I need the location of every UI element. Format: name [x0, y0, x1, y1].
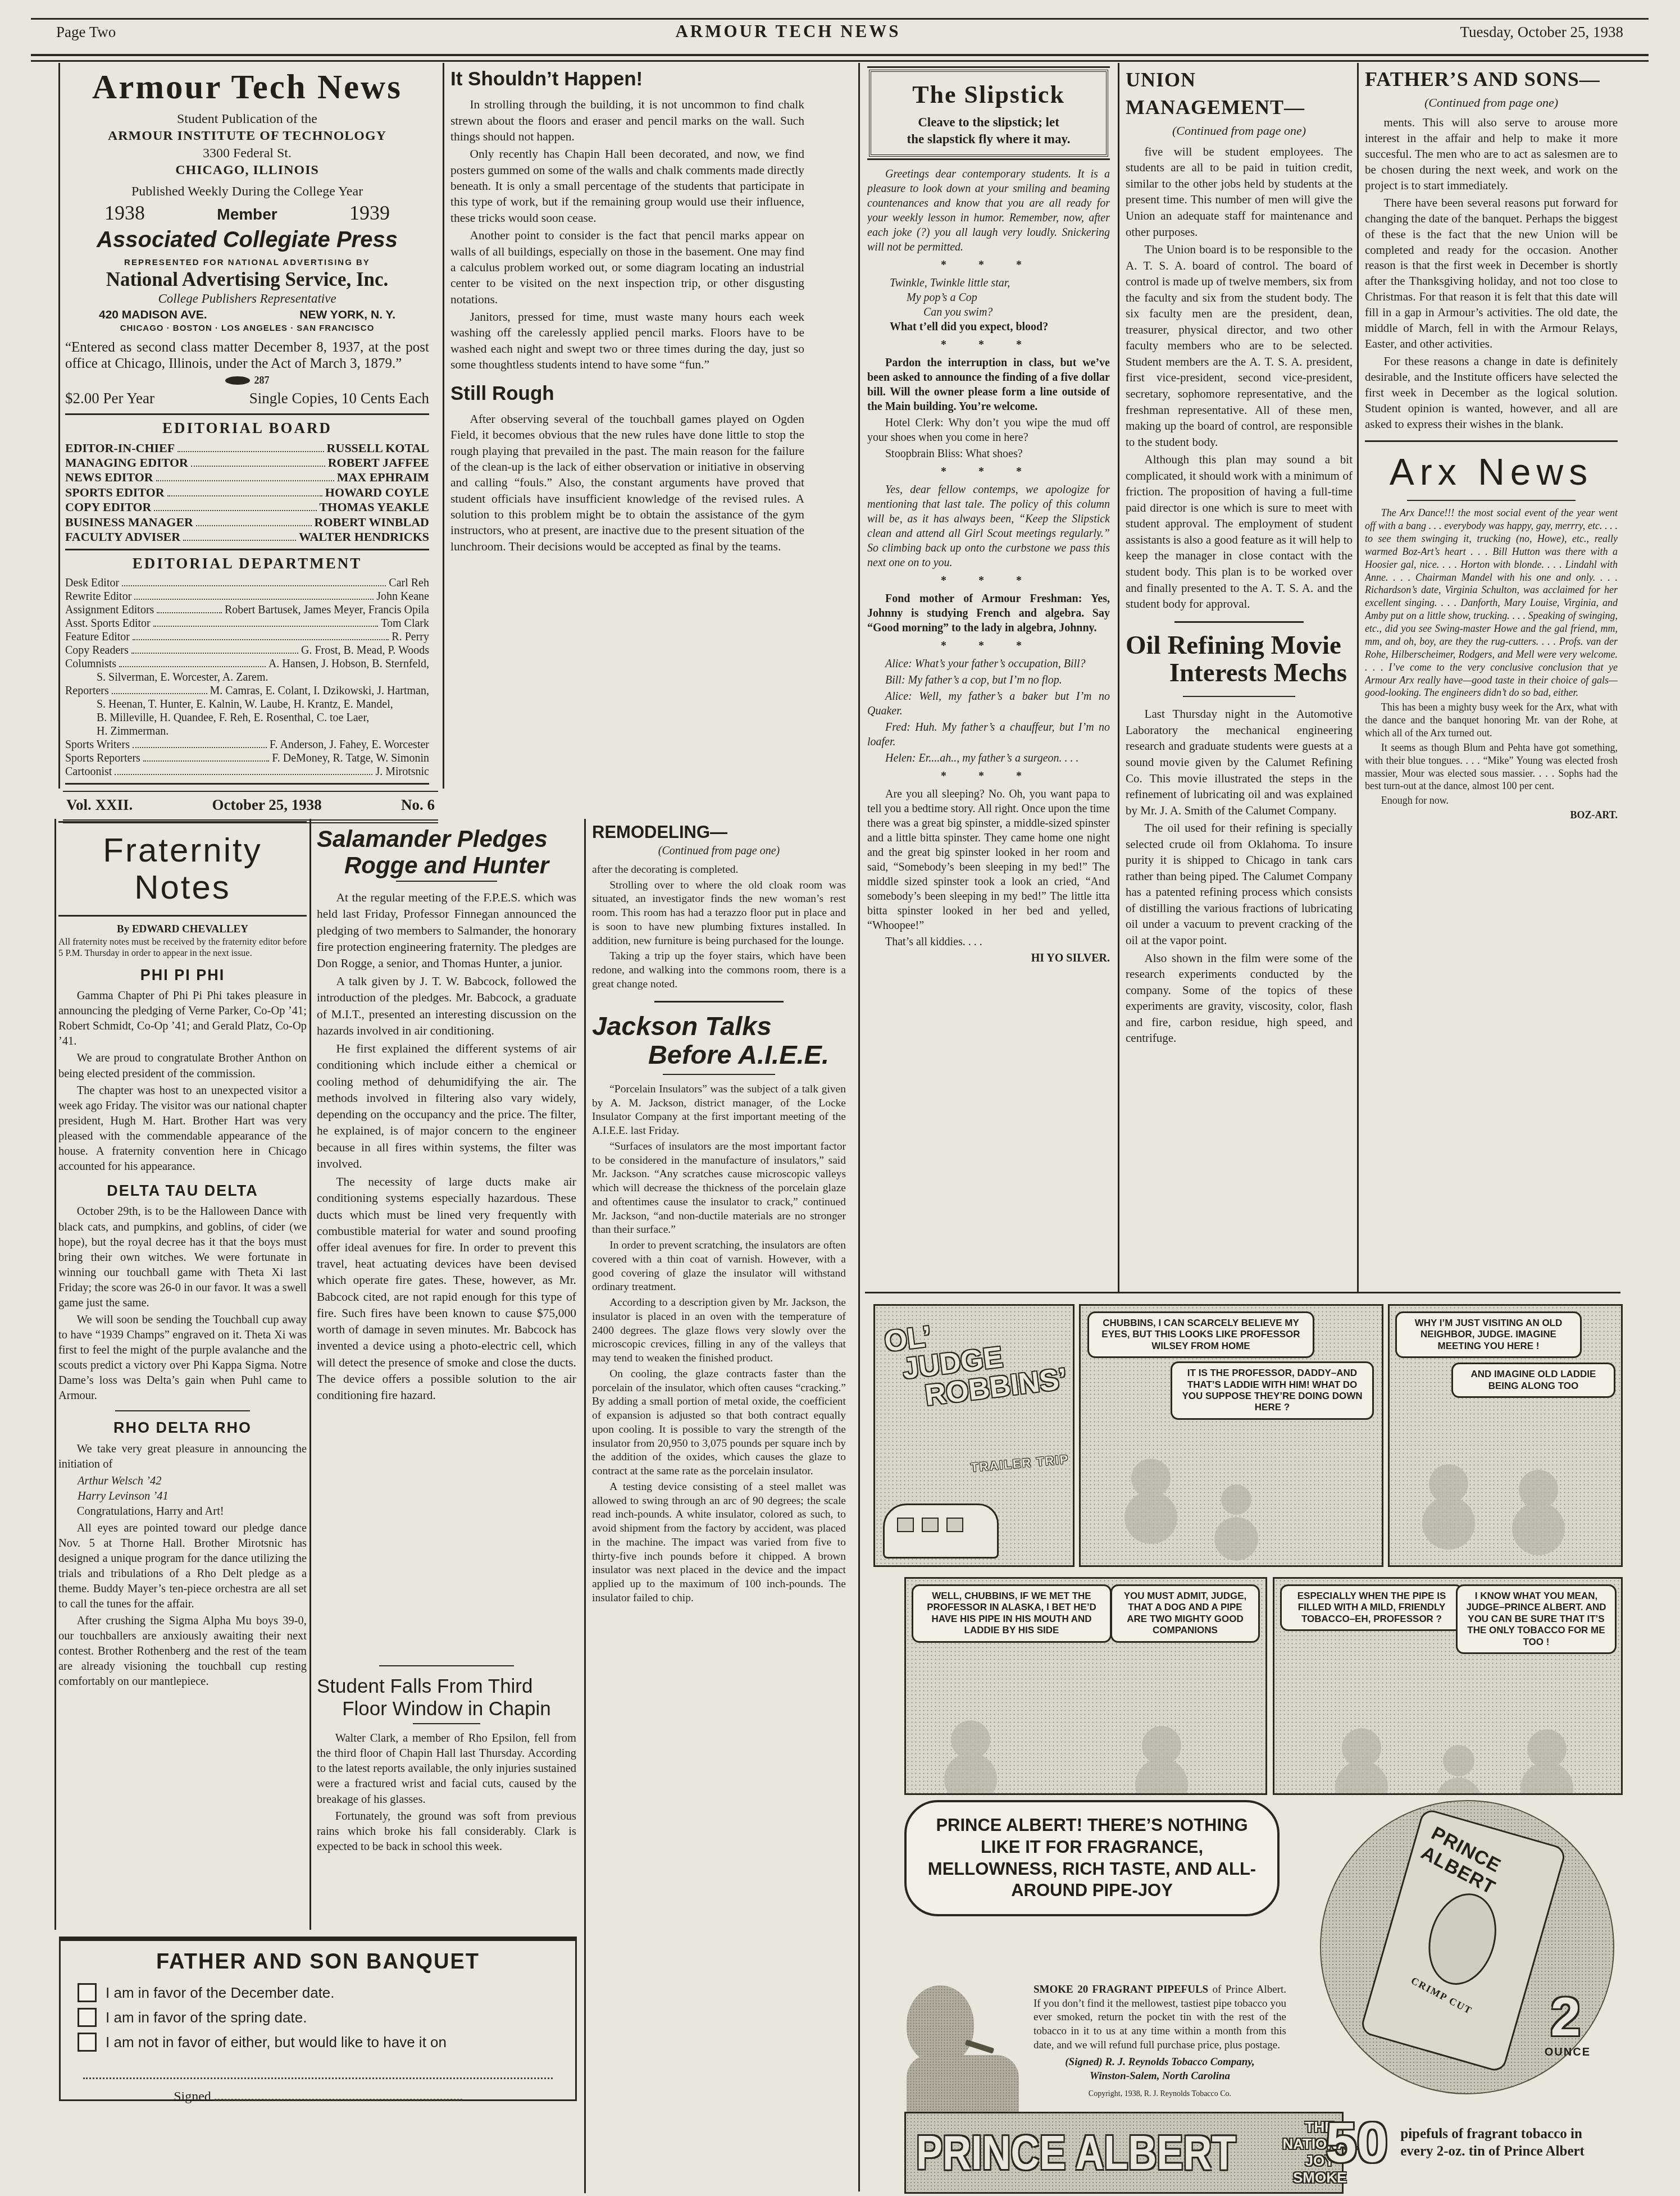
- newspaper-title: ARMOUR TECH NEWS: [675, 21, 900, 42]
- credit-role: Assignment Editors: [65, 603, 154, 617]
- credit-name: Carl Reh: [389, 576, 429, 590]
- comic-panel: WELL, CHUBBINS, IF WE MET THE PROFESSOR …: [904, 1577, 1267, 1795]
- paragraph: At the regular meeting of the F.P.E.S. w…: [317, 890, 576, 972]
- credit-row: COPY EDITORTHOMAS YEAKLE: [65, 500, 429, 514]
- volume-line: Vol. XXII. October 25, 1938 No. 6: [63, 791, 438, 823]
- credit-name: MAX EPHRAIM: [337, 470, 429, 485]
- ad-lead: SMOKE 20 FRAGRANT PIPEFULS: [1034, 1984, 1208, 1995]
- newspaper-page: Page Two ARMOUR TECH NEWS Tuesday, Octob…: [0, 0, 1680, 2196]
- issue-date: Tuesday, October 25, 1938: [1460, 24, 1623, 41]
- credit-row: CartoonistJ. Mirotsnic: [65, 765, 429, 778]
- credit-row-continued: H. Zimmerman.: [65, 725, 429, 738]
- editorial-board-title: EDITORIAL BOARD: [65, 420, 429, 438]
- column-signature: BOZ-ART.: [1365, 809, 1618, 822]
- credit-name: F. Anderson, J. Fahey, E. Worcester: [270, 738, 429, 751]
- joke-line: Fred: Huh. My father’s a chauffeur, but …: [867, 720, 1110, 749]
- credit-name: S. Heenan, T. Hunter, E. Kalnin, W. Laub…: [97, 698, 393, 711]
- paragraph: “Surfaces of insulators are the most imp…: [592, 1140, 846, 1237]
- dot-leader: [122, 585, 386, 586]
- rep-line: REPRESENTED FOR NATIONAL ADVERTISING BY: [65, 258, 429, 268]
- credit-row: Feature EditorR. Perry: [65, 630, 429, 644]
- dot-leader: [143, 760, 269, 762]
- paragraph: A talk given by J. T. W. Babcock, follow…: [317, 973, 576, 1039]
- credit-role: BUSINESS MANAGER: [65, 515, 193, 530]
- editorial-title: It Shouldn’t Happen!: [450, 66, 804, 92]
- credit-name: John Keane: [376, 590, 429, 603]
- credit-row: Asst. Sports EditorTom Clark: [65, 617, 429, 630]
- title-line: Student Falls From Third: [317, 1675, 576, 1698]
- character-figure: [1142, 1726, 1181, 1765]
- credit-name: THOMAS YEAKLE: [320, 500, 429, 514]
- section-heading: RHO DELTA RHO: [58, 1418, 307, 1438]
- college-pub-rep: College Publishers Representative: [65, 291, 429, 306]
- credit-row: EDITOR-IN-CHIEFRUSSELL KOTAL: [65, 441, 429, 455]
- credit-name: ROBERT JAFFEE: [328, 455, 429, 470]
- dot-leader: [131, 653, 298, 654]
- price-year: $2.00 Per Year: [65, 390, 154, 408]
- credit-row: FACULTY ADVISERWALTER HENDRICKS: [65, 530, 429, 544]
- paragraph: Last Thursday night in the Automotive La…: [1126, 706, 1353, 818]
- credit-name: M. Camras, E. Colant, I. Dzikowski, J. H…: [210, 684, 430, 698]
- signature-line2: Winston-Salem, North Carolina: [1034, 2070, 1286, 2084]
- column-rule: [1357, 63, 1359, 1293]
- character-figure: [1519, 1470, 1558, 1509]
- tin-ounces-label: OUNCE: [1545, 2046, 1591, 2059]
- paragraph: We take very great pleasure in announcin…: [58, 1442, 307, 1472]
- credit-role: Reporters: [65, 684, 109, 698]
- signed-field: Signed: [174, 2089, 462, 2104]
- verse-line: Can you swim?: [923, 305, 1110, 320]
- continued-article-title: UNION MANAGEMENT—: [1126, 66, 1353, 121]
- dot-leader: [196, 525, 312, 526]
- continued-note: (Continued from page one): [1126, 122, 1353, 139]
- credit-row: Desk EditorCarl Reh: [65, 576, 429, 590]
- masthead-sub: Student Publication of the: [65, 111, 429, 127]
- character-figure: [951, 1720, 990, 1760]
- top-rule: [31, 18, 1649, 20]
- credit-role: FACULTY ADVISER: [65, 530, 180, 544]
- column-signature: HI YO SILVER.: [867, 951, 1110, 965]
- column-rule: [54, 819, 56, 1930]
- continued-note: (Continued from page one): [1365, 94, 1618, 111]
- entered-notice: “Entered as second class matter December…: [65, 339, 429, 372]
- paragraph: ments. This will also serve to arouse mo…: [1365, 115, 1618, 194]
- comic-title: OL’ JUDGE ROBBINS’: [883, 1305, 1075, 1414]
- speech-bubble: AND IMAGINE OLD LADDIE BEING ALONG TOO: [1451, 1363, 1615, 1398]
- checkbox[interactable]: [78, 1983, 97, 2002]
- paragraph: In strolling through the building, it is…: [450, 97, 804, 144]
- credit-name: ROBERT WINBLAD: [315, 515, 429, 530]
- speech-bubble: CHUBBINS, I CAN SCARCELY BELIEVE MY EYES…: [1087, 1311, 1314, 1358]
- member-year-left: 1938: [104, 201, 145, 225]
- paragraph: October 29th, is to be the Halloween Dan…: [58, 1204, 307, 1310]
- editorial-column: It Shouldn’t Happen! In strolling throug…: [450, 66, 804, 787]
- character-figure: [1429, 1464, 1468, 1504]
- comic-panel: ESPECIALLY WHEN THE PIPE IS FILLED WITH …: [1273, 1577, 1623, 1795]
- paragraph: Although this plan may sound a bit compl…: [1126, 452, 1353, 612]
- section-heading: DELTA TAU DELTA: [58, 1181, 307, 1201]
- arx-news-title: Arx News: [1365, 448, 1618, 497]
- article-title: Oil Refining Movie Interests Mechs: [1126, 632, 1353, 687]
- paragraph: After crushing the Sigma Alpha Mu boys 3…: [58, 1614, 307, 1689]
- section-heading: PHI PI PHI: [58, 965, 307, 986]
- issue-number: No. 6: [401, 796, 435, 814]
- credit-row: Copy ReadersG. Frost, B. Mead, P. Woods: [65, 644, 429, 657]
- column-rule: [1118, 63, 1119, 1293]
- masthead-city: CHICAGO, ILLINOIS: [65, 162, 429, 178]
- paragraph: He first explained the different systems…: [317, 1041, 576, 1172]
- credit-role: Rewrite Editor: [65, 590, 131, 603]
- credit-name: G. Frost, B. Mead, P. Woods: [301, 644, 429, 657]
- divider: [379, 1665, 514, 1666]
- divider: [65, 783, 429, 785]
- tin-ounces-number: 2: [1551, 1987, 1581, 2048]
- credit-name: A. Hansen, J. Hobson, B. Sternfeld,: [268, 657, 429, 671]
- separator: * * *: [867, 338, 1110, 352]
- dot-leader: [183, 540, 296, 541]
- speech-bubble: WHY I’M JUST VISITING AN OLD NEIGHBOR, J…: [1395, 1311, 1582, 1358]
- address-right: NEW YORK, N. Y.: [299, 308, 395, 322]
- trailer-window: [946, 1518, 963, 1532]
- institute-name: ARMOUR INSTITUTE OF TECHNOLOGY: [65, 128, 429, 144]
- fifty-pipefuls-block: 50 pipefuls of fragrant tobacco in every…: [1326, 2115, 1618, 2171]
- write-in-line[interactable]: [83, 2066, 553, 2079]
- right-column: FATHER’S AND SONS— (Continued from page …: [1365, 66, 1618, 1291]
- separator: * * *: [867, 639, 1110, 653]
- trailer-window: [897, 1518, 914, 1532]
- character-figure: [1527, 1729, 1567, 1769]
- speech-bubble: ESPECIALLY WHEN THE PIPE IS FILLED WITH …: [1280, 1584, 1463, 1631]
- credit-name: R. Perry: [391, 630, 429, 644]
- divider: [1183, 696, 1295, 697]
- tin-illustration: PRINCE ALBERT CRIMP CUT 2 OUNCE: [1320, 1800, 1614, 2094]
- union-column: UNION MANAGEMENT— (Continued from page o…: [1126, 66, 1353, 1291]
- ballot-option-label: I am in favor of the December date.: [106, 1984, 335, 2002]
- credit-role: Desk Editor: [65, 576, 119, 590]
- masthead-title: Armour Tech News: [65, 67, 429, 108]
- credit-row: ColumnistsA. Hansen, J. Hobson, B. Stern…: [65, 657, 429, 671]
- paragraph: Janitors, pressed for time, must waste m…: [450, 309, 804, 373]
- credit-role: Sports Writers: [65, 738, 130, 751]
- joke: Fond mother of Armour Freshman: Yes, Joh…: [867, 591, 1110, 635]
- acp-logo-text: Associated Collegiate Press: [65, 227, 429, 253]
- dot-leader: [119, 666, 266, 667]
- union-bug-icon: [225, 376, 250, 385]
- dot-leader: [167, 495, 322, 496]
- paragraph: Also shown in the film were some of the …: [1126, 950, 1353, 1046]
- column-rule: [584, 819, 586, 2193]
- address-left: 420 MADISON AVE.: [99, 308, 207, 322]
- credit-role: Columnists: [65, 657, 116, 671]
- published-line: Published Weekly During the College Year: [65, 184, 429, 199]
- separator: * * *: [867, 573, 1110, 588]
- ballot-option: I am in favor of the spring date.: [78, 2008, 558, 2027]
- member-label: Member: [217, 205, 277, 224]
- divider: [1174, 621, 1304, 623]
- verse-line: What t’ell did you expect, blood?: [890, 320, 1110, 334]
- divider: [115, 1410, 250, 1411]
- paragraph: Walter Clark, a member of Rho Epsilon, f…: [317, 1731, 576, 1807]
- separator: * * *: [867, 258, 1110, 272]
- column-rule: [443, 63, 444, 789]
- dot-leader: [156, 480, 334, 481]
- article-title: Salamander Pledges Rogge and Hunter: [317, 826, 576, 878]
- dot-leader: [177, 451, 324, 452]
- article-title: Student Falls From Third Floor Window in…: [317, 1675, 576, 1721]
- paragraph: Congratulations, Harry and Art!: [58, 1504, 307, 1519]
- divider: [654, 1001, 784, 1003]
- comic-top-rule: [865, 1292, 1620, 1293]
- paragraph: The chapter was host to an unexpected vi…: [58, 1083, 307, 1174]
- credit-row: Rewrite EditorJohn Keane: [65, 590, 429, 603]
- paragraph: Gamma Chapter of Phi Pi Phi takes pleasu…: [58, 988, 307, 1049]
- credit-name: F. DeMoney, R. Tatge, W. Simonin: [272, 751, 429, 765]
- ad-copy-block: SMOKE 20 FRAGRANT PIPEFULS of Prince Alb…: [1034, 1983, 1286, 2099]
- title-line: Rogge and Hunter: [317, 852, 576, 878]
- ballot-option-label: I am not in favor of either, but would l…: [106, 2034, 447, 2051]
- joke-line: Hotel Clerk: Why don’t you wipe the mud …: [867, 416, 1110, 445]
- credit-name: RUSSELL KOTAL: [327, 441, 429, 455]
- paragraph: On cooling, the glaze contracts faster t…: [592, 1368, 846, 1479]
- masthead-address: 3300 Federal St.: [65, 145, 429, 161]
- separator: * * *: [867, 464, 1110, 479]
- credit-row: Assignment EditorsRobert Bartusek, James…: [65, 603, 429, 617]
- paragraph: five will be student employees. The stud…: [1126, 144, 1353, 240]
- title-line: Floor Window in Chapin: [317, 1698, 576, 1720]
- credit-role: Asst. Sports Editor: [65, 617, 151, 630]
- slipstick-title: The Slipstick: [877, 79, 1100, 111]
- checkbox[interactable]: [78, 2033, 97, 2052]
- title-line: Notes: [58, 869, 307, 906]
- editorial-dept-title: EDITORIAL DEPARTMENT: [65, 555, 429, 573]
- editorial-board-list: EDITOR-IN-CHIEFRUSSELL KOTAL MANAGING ED…: [65, 441, 429, 545]
- title-line: Salamander Pledges: [317, 826, 576, 852]
- fifty-text: pipefuls of fragrant tobacco in every 2-…: [1400, 2125, 1618, 2161]
- paragraph: Strolling over to where the old cloak ro…: [592, 879, 846, 949]
- member-row: 1938 Member 1939: [65, 201, 429, 225]
- character-figure: [1131, 1459, 1171, 1498]
- dot-leader: [157, 612, 222, 613]
- price-row: $2.00 Per Year Single Copies, 10 Cents E…: [65, 390, 429, 408]
- credit-name: HOWARD COYLE: [325, 485, 429, 500]
- column-rule: [858, 63, 860, 2192]
- slipstick-column: The Slipstick Cleave to the slipstick; l…: [867, 66, 1110, 1291]
- dot-leader: [134, 599, 374, 600]
- separator: * * *: [867, 769, 1110, 783]
- paragraph: Taking a trip up the foyer stairs, which…: [592, 950, 846, 991]
- brand-banner: PRINCE ALBERT THE NATIONAL JOY SMOKE: [904, 2112, 1344, 2194]
- paragraph: The oil used for their refining is speci…: [1126, 820, 1353, 948]
- paragraph: According to a description given by Mr. …: [592, 1296, 846, 1366]
- credit-row: SPORTS EDITORHOWARD COYLE: [65, 485, 429, 500]
- credit-row: BUSINESS MANAGERROBERT WINBLAD: [65, 515, 429, 530]
- checkbox[interactable]: [78, 2008, 97, 2027]
- cities-line: CHICAGO · BOSTON · LOS ANGELES · SAN FRA…: [65, 324, 429, 334]
- credit-row-continued: S. Heenan, T. Hunter, E. Kalnin, W. Laub…: [65, 698, 429, 711]
- joke: Yes, dear fellow contemps, we apologize …: [867, 482, 1110, 570]
- editor-note: All fraternity notes must be received by…: [58, 936, 307, 959]
- divider: [65, 549, 429, 550]
- column-rule: [58, 63, 60, 789]
- signed-label: Signed: [174, 2089, 211, 2104]
- trailer-window: [922, 1518, 939, 1532]
- divider: [1407, 500, 1576, 501]
- divider: [413, 1723, 480, 1724]
- tobacco-tin: PRINCE ALBERT CRIMP CUT: [1359, 1807, 1567, 2073]
- signature-line1: (Signed) R. J. Reynolds Tobacco Company,: [1034, 2056, 1286, 2070]
- continued-article-title: FATHER’S AND SONS—: [1365, 66, 1618, 93]
- paragraph: “Porcelain Insulators” was the subject o…: [592, 1083, 846, 1138]
- credit-name: J. Mirotsnic: [375, 765, 429, 778]
- dot-leader: [133, 639, 389, 640]
- title-line: Interests Mechs: [1126, 659, 1353, 687]
- ballot-option: I am in favor of the December date.: [78, 1983, 558, 2002]
- credit-name: H. Zimmerman.: [97, 725, 169, 738]
- fifty-number: 50: [1326, 2115, 1388, 2171]
- prince-albert-ad: PRINCE ALBERT! THERE’S NOTHING LIKE IT F…: [904, 1800, 1618, 2193]
- credit-role: EDITOR-IN-CHIEF: [65, 441, 175, 455]
- slipstick-box: The Slipstick Cleave to the slipstick; l…: [869, 70, 1108, 157]
- joke-line: Stoopbrain Bliss: What shoes?: [867, 447, 1110, 461]
- character-figure: [1342, 1728, 1381, 1767]
- advertising-service: National Advertising Service, Inc.: [65, 268, 429, 291]
- credit-role: Copy Readers: [65, 644, 129, 657]
- speech-bubble: YOU MUST ADMIT, JUDGE, THAT A DOG AND A …: [1110, 1584, 1260, 1643]
- credit-name: S. Silverman, E. Worcester, A. Zarem.: [97, 671, 268, 684]
- volume-number: Vol. XXII.: [66, 796, 133, 814]
- masthead: Armour Tech News Student Publication of …: [65, 65, 429, 789]
- paragraph: The Arx Dance!!! the most social event o…: [1365, 507, 1618, 699]
- fraternity-column: Fraternity Notes By EDWARD CHEVALLEY All…: [58, 821, 307, 1926]
- dot-leader: [154, 510, 316, 511]
- continued-note: (Continued from page one): [592, 844, 846, 858]
- ballot-option-label: I am in favor of the spring date.: [106, 2009, 307, 2026]
- speech-bubble: IT IS THE PROFESSOR, DADDY–AND THAT’S LA…: [1171, 1361, 1374, 1420]
- ad-copyright: Copyright, 1938, R. J. Reynolds Tobacco …: [1034, 2089, 1286, 2099]
- comic-title-panel: OL’ JUDGE ROBBINS’ TRAILER TRIP: [873, 1304, 1075, 1567]
- trailer-illustration: [883, 1504, 999, 1559]
- joke-verse: Twinkle, Twinkle little star, My pop’s a…: [890, 276, 1110, 334]
- article-title: Jackson Talks Before A.I.E.E.: [592, 1012, 846, 1069]
- credit-role: SPORTS EDITOR: [65, 485, 165, 500]
- page-number: Page Two: [56, 24, 116, 41]
- credit-row: MANAGING EDITORROBERT JAFFEE: [65, 455, 429, 470]
- paragraph: In order to prevent scratching, the insu…: [592, 1239, 846, 1295]
- paragraph: This has been a mighty busy week for the…: [1365, 701, 1618, 740]
- joke-line: Alice: Well, my father’s a baker but I’m…: [867, 689, 1110, 718]
- editorial-dept-list: Desk EditorCarl Reh Rewrite EditorJohn K…: [65, 576, 429, 778]
- ad-body: SMOKE 20 FRAGRANT PIPEFULS of Prince Alb…: [1034, 1983, 1286, 2052]
- banquet-ballot: FATHER AND SON BANQUET I am in favor of …: [59, 1937, 577, 2101]
- column-rule: [309, 819, 311, 1930]
- joke-line: That’s all kiddies. . . .: [867, 935, 1110, 949]
- union-bug: 287: [65, 375, 429, 386]
- paragraph: It seems as though Blum and Pehta have g…: [1365, 741, 1618, 792]
- paragraph: After observing several of the touchball…: [450, 411, 804, 554]
- subtitle-text: TRAILER TRIP: [970, 1452, 1069, 1475]
- volume-date: October 25, 1938: [212, 796, 322, 814]
- credit-row: Sports WritersF. Anderson, J. Fahey, E. …: [65, 738, 429, 751]
- paragraph: Fortunately, the ground was soft from pr…: [317, 1809, 576, 1855]
- paragraph: All eyes are pointed toward our pledge d…: [58, 1521, 307, 1612]
- dot-leader: [133, 747, 267, 748]
- initiate-name: Harry Levinson ’41: [58, 1489, 307, 1504]
- smoking-man-illustration: [907, 1985, 1019, 2122]
- title-line: Oil Refining Movie: [1126, 632, 1353, 659]
- paragraph: Another point to consider is the fact th…: [450, 227, 804, 307]
- credit-role: Feature Editor: [65, 630, 130, 644]
- paragraph: For these reasons a change in date is de…: [1365, 354, 1618, 432]
- editorial-title: Still Rough: [450, 381, 804, 407]
- title-line: Fraternity: [58, 832, 307, 869]
- title-line: Before A.I.E.E.: [592, 1040, 846, 1069]
- comic-panel: CHUBBINS, I CAN SCARCELY BELIEVE MY EYES…: [1079, 1304, 1383, 1567]
- credit-row: NEWS EDITORMAX EPHRAIM: [65, 470, 429, 485]
- divider: [1365, 440, 1618, 442]
- man-head: [907, 1985, 974, 2064]
- dot-leader: [153, 626, 379, 627]
- remodeling-column: REMODELING— (Continued from page one) af…: [592, 821, 846, 2192]
- byline: By EDWARD CHEVALLEY: [58, 922, 307, 936]
- divider: [663, 1074, 775, 1075]
- ballot-title: FATHER AND SON BANQUET: [78, 1950, 558, 1974]
- paragraph: Only recently has Chapin Hall been decor…: [450, 146, 804, 226]
- verse-line: My pop’s a Cop: [907, 290, 1110, 305]
- verse-line: Twinkle, Twinkle little star,: [890, 276, 1110, 290]
- paragraph: A testing device consisting of a steel m…: [592, 1480, 846, 1606]
- joke: Pardon the interruption in class, but we…: [867, 356, 1110, 414]
- paragraph: The necessity of large ducts make air co…: [317, 1174, 576, 1404]
- credit-role: Cartoonist: [65, 765, 112, 778]
- comic-strip: OL’ JUDGE ROBBINS’ TRAILER TRIP CHUBBINS…: [873, 1299, 1619, 1792]
- credit-row-continued: S. Silverman, E. Worcester, A. Zarem.: [65, 671, 429, 684]
- fraternity-notes-title: Fraternity Notes: [58, 821, 307, 917]
- character-figure: [1443, 1745, 1474, 1776]
- slipstick-motto: Cleave to the slipstick; let the slapsti…: [877, 114, 1100, 148]
- ad-signature: (Signed) R. J. Reynolds Tobacco Company,…: [1034, 2056, 1286, 2083]
- title-line: Jackson Talks: [592, 1012, 846, 1041]
- credit-role: MANAGING EDITOR: [65, 455, 188, 470]
- dot-leader: [115, 774, 372, 775]
- ballot-option: I am not in favor of either, but would l…: [78, 2033, 558, 2052]
- paragraph: Enough for now.: [1365, 794, 1618, 807]
- joke-line: Helen: Er....ah.., my father’s a surgeon…: [867, 751, 1110, 766]
- speech-bubble: I KNOW WHAT YOU MEAN, JUDGE–PRINCE ALBER…: [1456, 1584, 1617, 1654]
- brand-name: PRINCE ALBERT: [916, 2125, 1236, 2181]
- credit-role: Sports Reporters: [65, 751, 140, 765]
- dot-leader: [191, 466, 325, 467]
- initiate-name: Arthur Welsch ’42: [58, 1474, 307, 1489]
- comic-panel: WHY I’M JUST VISITING AN OLD NEIGHBOR, J…: [1388, 1304, 1623, 1567]
- joke-line: Alice: What’s your father’s occupation, …: [867, 657, 1110, 671]
- credit-name: Robert Bartusek, James Meyer, Francis Op…: [225, 603, 429, 617]
- ad-headline-bubble: PRINCE ALBERT! THERE’S NOTHING LIKE IT F…: [904, 1800, 1280, 1916]
- credit-row: ReportersM. Camras, E. Colant, I. Dzikow…: [65, 684, 429, 698]
- character-figure: [1221, 1484, 1251, 1515]
- credit-name: Tom Clark: [381, 617, 429, 630]
- salamander-column: Salamander Pledges Rogge and Hunter At t…: [317, 821, 576, 1662]
- header-rule: [31, 54, 1649, 62]
- signature-line[interactable]: [215, 2099, 462, 2101]
- comic-subtitle: TRAILER TRIP: [970, 1452, 1069, 1475]
- paragraph: after the decorating is completed.: [592, 863, 846, 877]
- credit-row-continued: B. Milleville, H. Quandee, F. Reh, E. Ro…: [65, 711, 429, 725]
- credit-role: NEWS EDITOR: [65, 470, 153, 485]
- continued-article-title: REMODELING—: [592, 821, 846, 843]
- motto-line: Cleave to the slipstick; let: [877, 114, 1100, 131]
- motto-line: the slapstick fly where it may.: [877, 131, 1100, 148]
- price-single: Single Copies, 10 Cents Each: [249, 390, 429, 408]
